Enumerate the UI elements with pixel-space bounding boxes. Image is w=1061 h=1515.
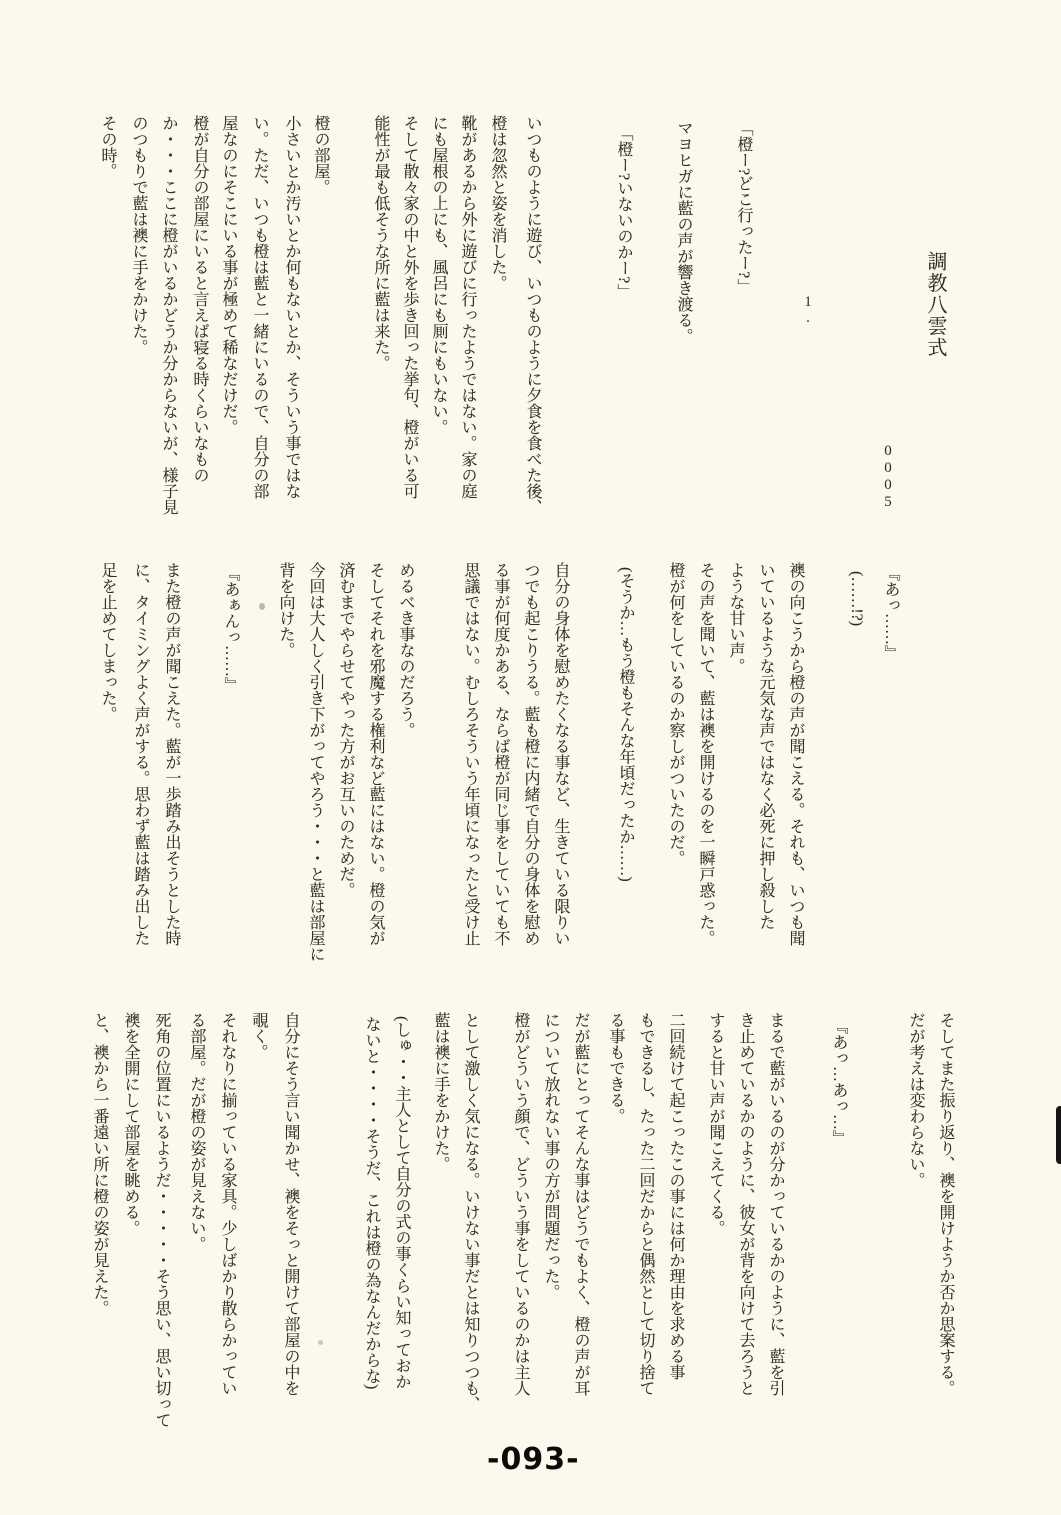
text-column: 橙が自分の部屋にいると言えば寝る時くらいなもの [189, 115, 209, 483]
text-column: 『あぁんっ……』 [220, 565, 240, 693]
text-column: き止めているかのように、彼女が背を向けて去ろうと [735, 1012, 755, 1396]
text-column: (……!?) [846, 571, 866, 626]
text-column: 背を向けた。 [275, 562, 295, 658]
page-number: -093- [487, 1442, 580, 1478]
text-column: 『あっ…あっ…』 [828, 1018, 848, 1146]
text-column: 襖を全開にして部屋を眺める。 [120, 1012, 140, 1236]
text-column: 自分にそう言い聞かせ、襖をそっと開けて部屋の中を [280, 1012, 300, 1396]
text-column: そしてまた振り返り、襖を開けようか否か思案する。 [935, 1012, 955, 1396]
text-column: それなりに揃っている家具。少しばかり散らかってい [217, 1012, 237, 1396]
scan-edge-artifact [1056, 1106, 1061, 1164]
text-column: のつもりで藍は襖に手をかけた。 [128, 115, 148, 355]
text-column: にも屋根の上にも、風呂にも厠にもいない。 [428, 115, 448, 435]
text-column: すると甘い声が聞こえてくる。 [705, 1012, 725, 1236]
text-column: 橙がどういう顔で、どういう事をしているのかは主人 [510, 1012, 530, 1396]
text-column: だが考えは変わらない。 [905, 1012, 925, 1188]
text-column: だが藍にとってそんな事はどうでもよく、橙の声が耳 [570, 1012, 590, 1396]
text-column: 襖の向こうから橙の声が聞こえる。それも、いつも聞 [785, 562, 805, 946]
text-column: 『あっ……』 [880, 565, 900, 661]
text-column: 屋なのにそこにいる事が極めて稀なだけだ。 [218, 115, 238, 435]
text-column: 靴があるから外に遊びに行ったようではない。家の庭 [457, 115, 477, 499]
text-column: 橙は忽然と姿を消した。 [487, 115, 507, 291]
ink-speck [259, 603, 265, 610]
text-column: 小さいとか汚いとか何もないとか、そういう事ではな [281, 115, 301, 499]
text-column: めるべき事なのだろう。 [395, 562, 415, 738]
text-column: その時。 [97, 115, 117, 179]
text-column: (そうか…もう橙もそんな年頃だったか……) [615, 567, 635, 882]
story-title: 調教八雲式 [921, 251, 950, 359]
text-column: マヨヒガに藍の声が響き渡る。 [673, 120, 693, 344]
text-column: 足を止めてしまった。 [97, 562, 117, 722]
text-column: 自分の身体を慰めたくなる事など、生きている限りい [550, 562, 570, 946]
text-column: 橙が何をしているのか察しがついたのだ。 [665, 562, 685, 866]
text-column: 能性が最も低そうな所に藍は来た。 [370, 115, 390, 371]
text-column: い。ただ、いつも橙は藍と一緒にいるので、自分の部 [249, 115, 269, 499]
text-column: その声を聞いて、藍は襖を開けるのを一瞬戸惑った。 [695, 562, 715, 946]
text-column: 二回続けて起こったこの事には何か理由を求める事 [665, 1012, 685, 1380]
text-column: 思議ではない。むしろそういう年頃になったと受け止 [460, 562, 480, 946]
ink-speck [318, 1340, 323, 1345]
chapter-number: 1. [799, 294, 816, 326]
text-column: る部屋。だが橙の姿が見えない。 [186, 1012, 206, 1252]
text-column: か・・・ここに橙がいるかどうか分からないが、様子見 [158, 115, 178, 515]
text-column: 「橙ー?どこ行ったー?」 [733, 120, 753, 294]
text-column: ないと・・・・そうだ、これは橙の為なんだからな) [361, 1016, 381, 1389]
serial-number: 0005 [879, 443, 896, 511]
text-column: に、タイミングよく声がする。思わず藍は踏み出した [130, 562, 150, 946]
text-column: として激しく気になる。いけない事だとは知りつつも、 [460, 1012, 480, 1412]
text-column: 藍は襖に手をかけた。 [430, 1012, 450, 1172]
text-column: と、襖から一番遠い所に橙の姿が見えた。 [89, 1012, 109, 1316]
text-column: いているような元気な声ではなく必死に押し殺した [755, 562, 775, 930]
text-column: 橙の部屋。 [310, 115, 330, 195]
text-column: そしてそれを邪魔する権利など藍にはない。橙の気が [365, 562, 385, 946]
text-column: について放れない事の方が問題だった。 [540, 1012, 560, 1300]
text-column: (しゅ・・主人として自分の式の事くらい知っておか [391, 1016, 411, 1389]
scanned-novel-page: 調教八雲式 0005 1. 「橙ー?どこ行ったー?」マヨヒガに藍の声が響き渡る。… [0, 0, 1061, 1515]
text-column: る事もできる。 [605, 1012, 625, 1124]
text-column: 今回は大人しく引き下がってやろう・・・と藍は部屋に [305, 562, 325, 962]
text-column: もできるし、たった二回だからと偶然として切り捨て [635, 1012, 655, 1396]
text-column: ような甘い声。 [725, 562, 745, 674]
text-column: る事が何度かある、ならば橙が同じ事をしていても不 [490, 562, 510, 946]
text-column: つでも起こりうる。藍も橙に内緒で自分の身体を慰め [520, 562, 540, 946]
text-column: また橙の声が聞こえた。藍が一歩踏み出そうとした時 [161, 562, 181, 946]
text-column: いつものように遊び、いつものように夕食を食べた後、 [522, 115, 542, 515]
text-column: 覗く。 [248, 1012, 268, 1060]
text-column: 死角の位置にいるようだ・・・・・そう思い、思い切って [151, 1012, 171, 1428]
text-column: まるで藍がいるのが分かっているかのように、藍を引 [765, 1012, 785, 1396]
text-column: 「橙ー?いないのかー?」 [613, 125, 633, 299]
text-column: そして散々家の中と外を歩き回った挙句、橙がいる可 [399, 115, 419, 499]
text-column: 済むまでやらせてやった方がお互いのためだ。 [335, 562, 355, 898]
